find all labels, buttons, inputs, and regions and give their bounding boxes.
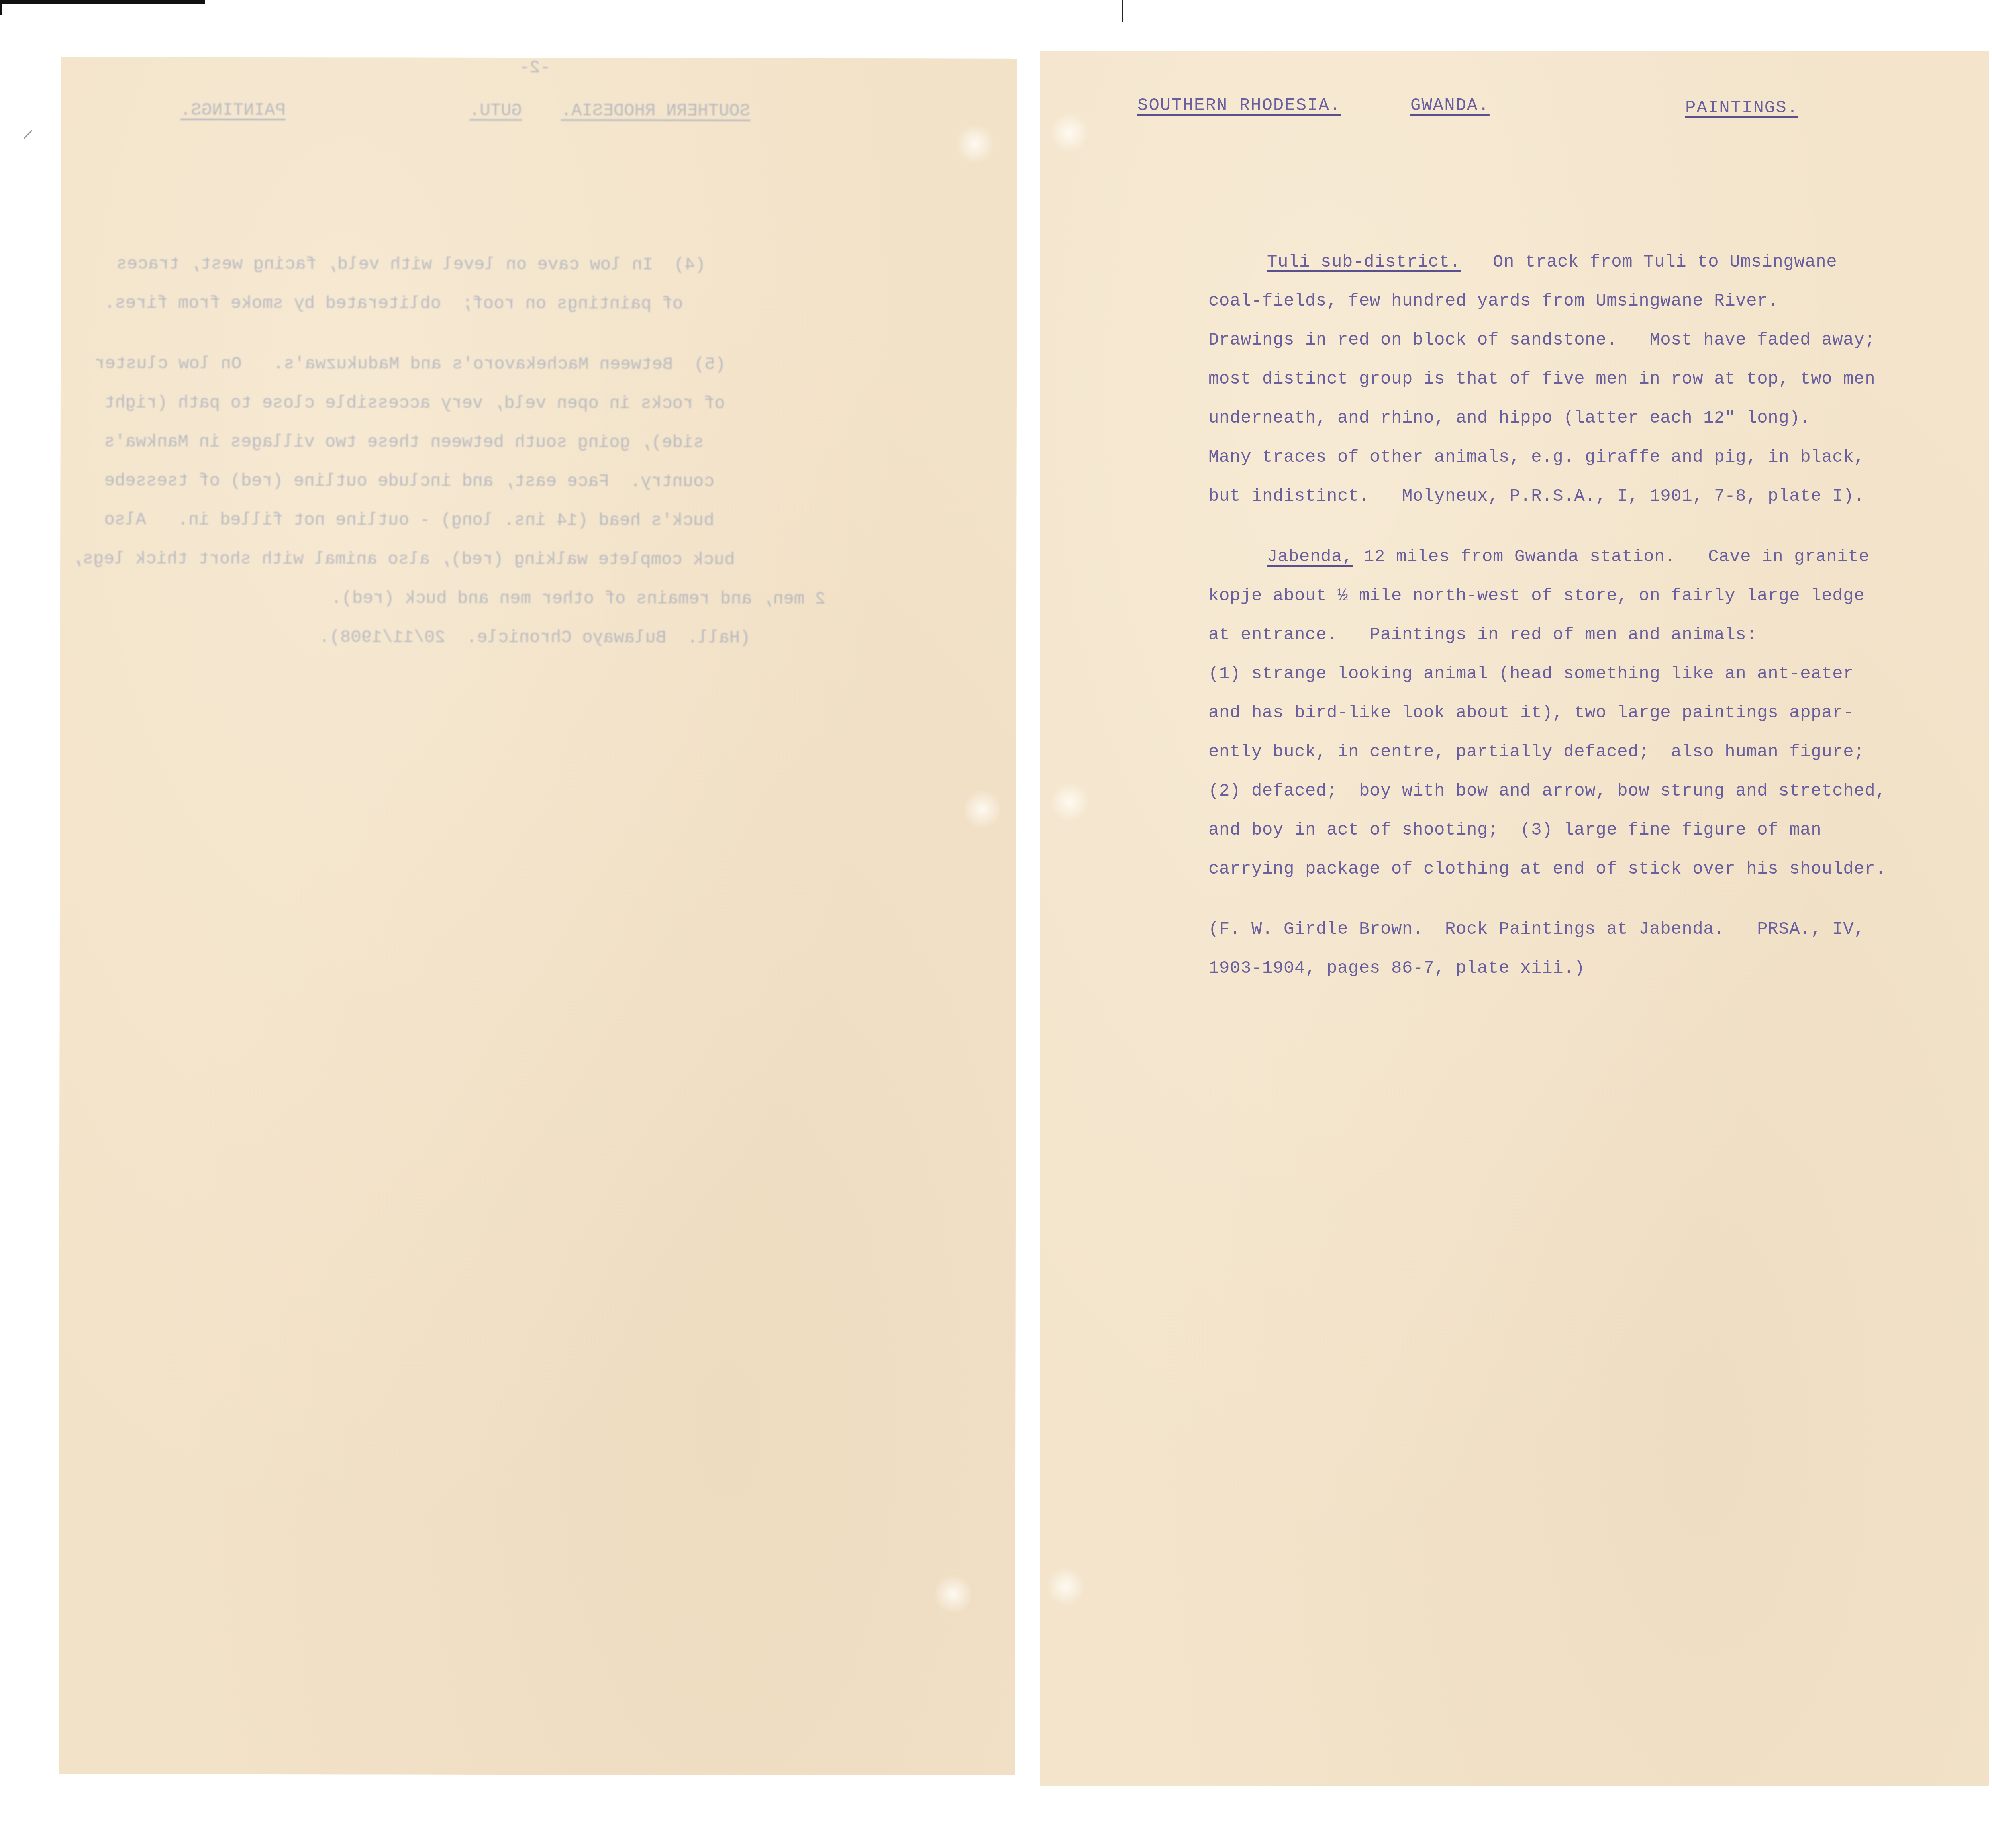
- header-district: GWANDA.: [1410, 96, 1490, 116]
- header-region: SOUTHERN RHODESIA.: [1137, 96, 1341, 116]
- body-line: underneath, and rhino, and hippo (latter…: [1208, 408, 1811, 428]
- ghost-header-district: GUTU.: [469, 101, 522, 121]
- scan-edge-bar: [0, 0, 2, 15]
- citation-line: (F. W. Girdle Brown. Rock Paintings at J…: [1208, 919, 1865, 939]
- body-line: (1) strange looking animal (head somethi…: [1208, 664, 1854, 684]
- entry-jabenda-first-line: Jabenda, 12 miles from Gwanda station. C…: [1267, 547, 1869, 567]
- body-line: and has bird-like look about it), two la…: [1208, 703, 1854, 723]
- body-line: Drawings in red on block of sandstone. M…: [1208, 330, 1875, 350]
- body-line: carrying package of clothing at end of s…: [1208, 859, 1886, 879]
- body-line: kopje about ½ mile north-west of store, …: [1208, 586, 1865, 606]
- ghost-page-number: -2-: [519, 58, 551, 78]
- ghost-line: country. Face east, and include outline …: [104, 471, 714, 492]
- ghost-line: of paintings on roof; obliterated by smo…: [104, 293, 683, 314]
- ghost-line: (5) Between Machekavoro's and Madukuzwa'…: [94, 354, 725, 374]
- paper-crease: [964, 787, 1000, 831]
- right-page: SOUTHERN RHODESIA. GWANDA. PAINTINGS. Tu…: [1040, 51, 1989, 1786]
- ghost-header-subject: PAINTINGS.: [180, 100, 286, 120]
- entry-tuli-first-line: Tuli sub-district. On track from Tuli to…: [1267, 252, 1837, 272]
- paper-crease: [1052, 780, 1088, 824]
- body-line: Many traces of other animals, e.g. giraf…: [1208, 447, 1865, 467]
- scan-speck: ⸝: [22, 112, 34, 145]
- ghost-line: 2 men, and remains of other men and buck…: [331, 588, 825, 609]
- body-line: most distinct group is that of five men …: [1208, 369, 1875, 389]
- body-line: ently buck, in centre, partially defaced…: [1208, 742, 1865, 762]
- entry-heading: Tuli sub-district.: [1267, 252, 1461, 272]
- body-line: (2) defaced; boy with bow and arrow, bow…: [1208, 781, 1886, 801]
- ghost-line: (4) In low cave on level with veld, faci…: [116, 255, 706, 275]
- header-subject: PAINTINGS.: [1685, 98, 1798, 118]
- ghost-line: buck's head (14 ins. long) - outline not…: [104, 510, 714, 531]
- body-line: at entrance. Paintings in red of men and…: [1208, 625, 1757, 645]
- entry-heading: Jabenda,: [1267, 547, 1353, 567]
- body-line: coal-fields, few hundred yards from Umsi…: [1208, 291, 1778, 311]
- scan-edge-bar: [0, 0, 205, 4]
- paper-crease: [957, 122, 993, 166]
- ghost-line: of rocks in open veld, very accessible c…: [104, 393, 725, 413]
- body-line: but indistinct. Molyneux, P.R.S.A., I, 1…: [1208, 486, 1865, 506]
- citation-line: 1903-1904, pages 86-7, plate xiii.): [1208, 958, 1585, 978]
- paper-crease: [1052, 111, 1088, 155]
- ghost-line: buck complete walking (red), also animal…: [72, 549, 735, 570]
- scan-mark: [1122, 0, 1123, 22]
- left-page: -2- SOUTHERN RHODESIA. GUTU. PAINTINGS. …: [59, 57, 1017, 1775]
- paper-crease: [935, 1572, 971, 1616]
- ghost-line: side), going south between these two vil…: [104, 432, 704, 453]
- ghost-line: (Hall. Bulawayo Chronicle. 20/11/1908).: [319, 627, 751, 648]
- body-line: and boy in act of shooting; (3) large fi…: [1208, 820, 1821, 840]
- ghost-header-region: SOUTHERN RHODESIA.: [561, 101, 750, 121]
- paper-crease: [1048, 1565, 1084, 1609]
